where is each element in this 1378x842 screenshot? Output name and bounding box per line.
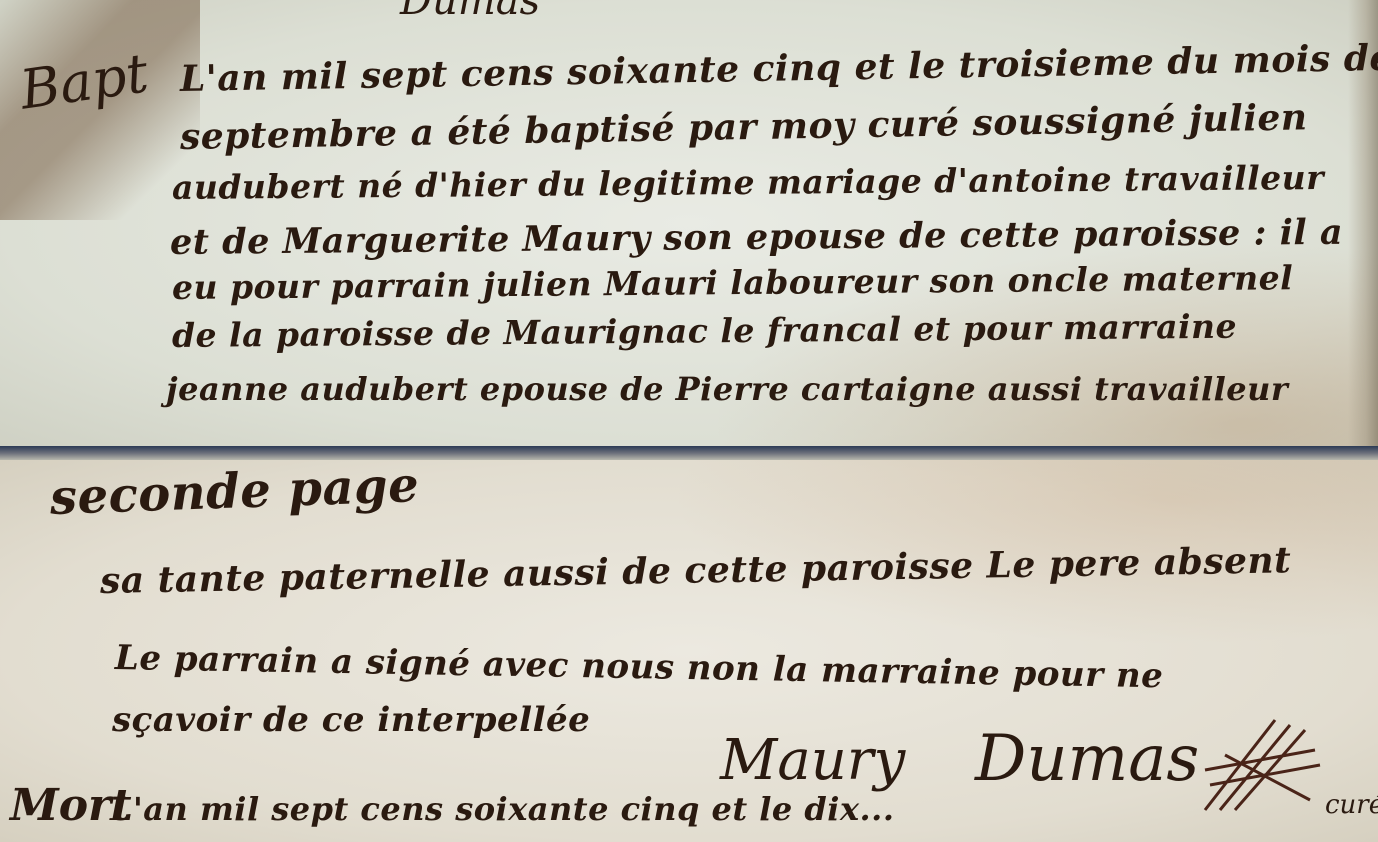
entry-line: de la paroisse de Maurignac le francal e… <box>172 307 1237 355</box>
entry-line: jeanne audubert epouse de Pierre cartaig… <box>166 370 1288 408</box>
panel-divider <box>0 446 1378 460</box>
signature-remnant: Dumas <box>400 0 540 24</box>
entry-line: audubert né d'hier du legitime mariage d… <box>172 158 1324 207</box>
entry-line: et de Marguerite Maury son epouse de cet… <box>170 212 1343 263</box>
priest-title: curé <box>1325 790 1378 820</box>
entry-line: Le parrain a signé avec nous non la marr… <box>115 638 1164 696</box>
entry-line: septembre a été baptisé par moy curé sou… <box>180 96 1308 158</box>
signature-flourish-icon <box>1195 710 1335 820</box>
manuscript-page-top: Dumas Bapt L'an mil sept cens soixante c… <box>0 0 1378 446</box>
signature-priest: Dumas <box>975 722 1199 796</box>
entry-line: sa tante paternelle aussi de cette paroi… <box>100 539 1292 602</box>
entry-line: sçavoir de ce interpellée <box>112 700 590 740</box>
signature-godfather: Maury <box>720 728 905 793</box>
manuscript-page-bottom: seconde page sa tante paternelle aussi d… <box>0 460 1378 842</box>
entry-line: L'an mil sept cens soixante cinq et le t… <box>180 37 1378 100</box>
entry-line: L'an mil sept cens soixante cinq et le d… <box>110 790 894 828</box>
entry-line: eu pour parrain julien Mauri laboureur s… <box>172 258 1294 307</box>
page-header: seconde page <box>49 460 420 526</box>
